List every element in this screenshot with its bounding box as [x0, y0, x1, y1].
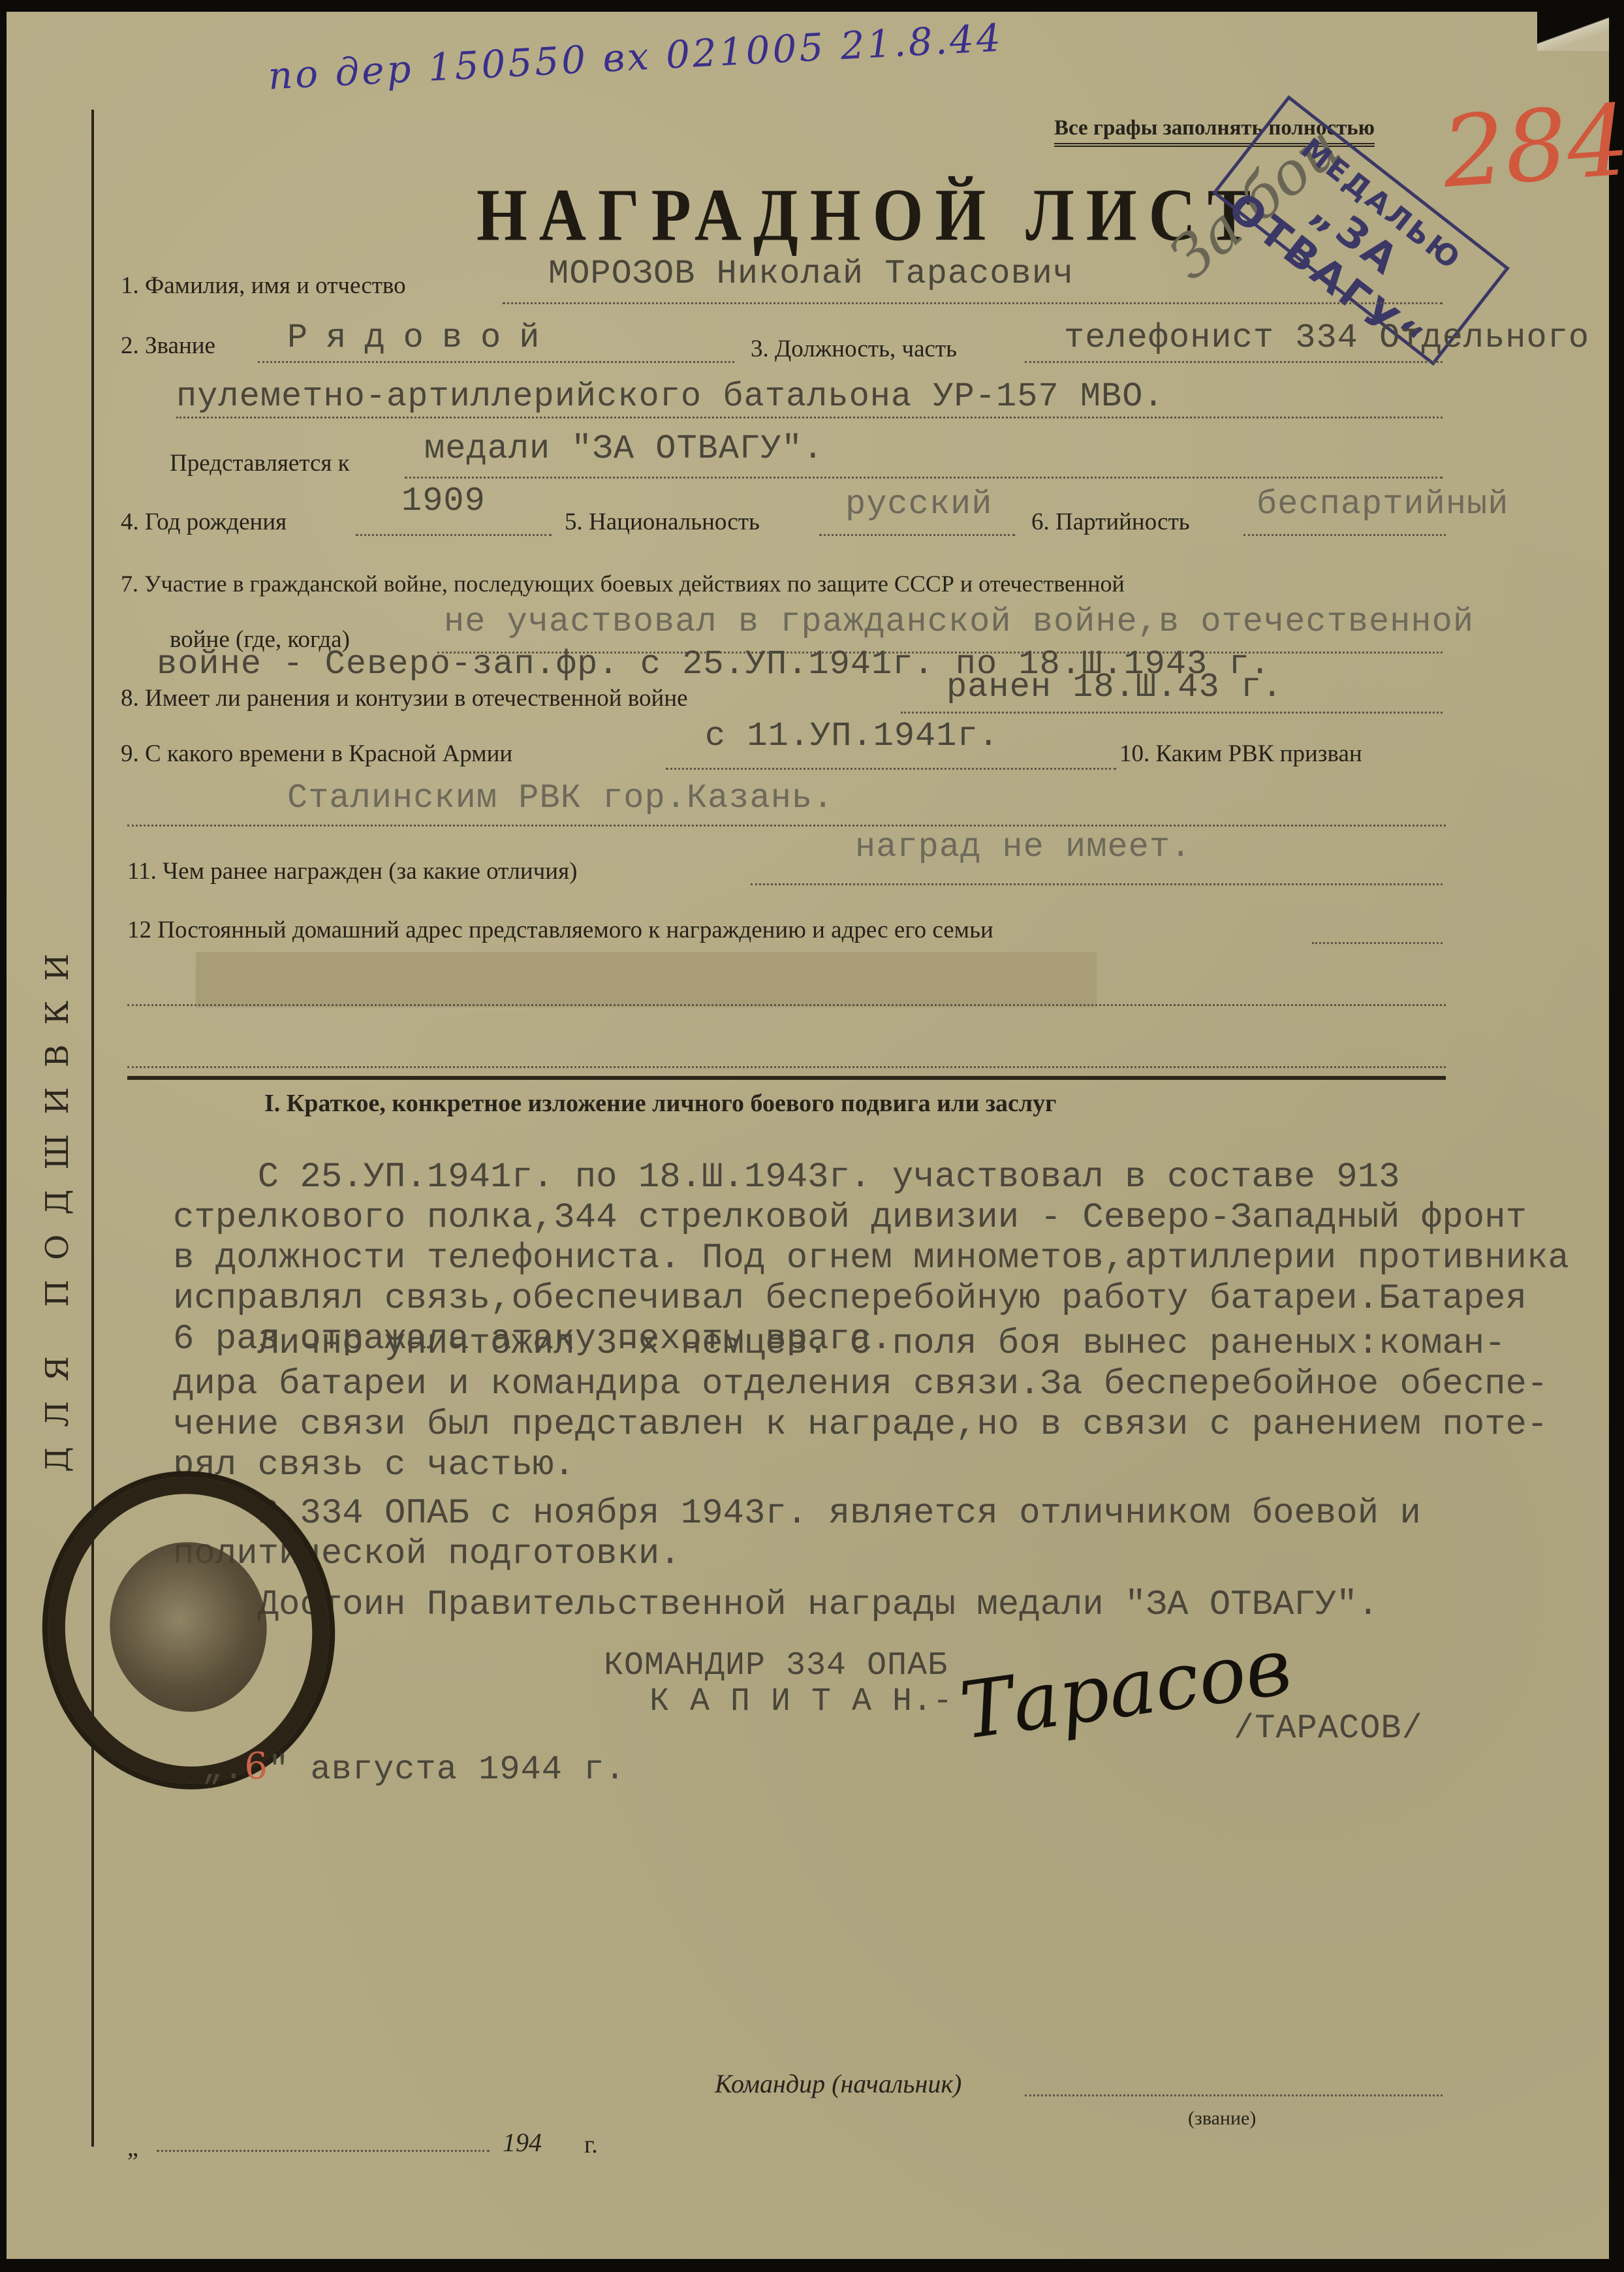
field-6-value: беспартийный	[1257, 485, 1508, 524]
section-divider	[127, 1076, 1446, 1080]
field-2-label: 2. Звание	[121, 332, 215, 360]
field-3-value-cont: пулеметно-артиллерийского батальона УР-1…	[176, 377, 1164, 416]
red-pencil-number: 284	[1439, 84, 1624, 210]
folded-corner	[1537, 12, 1609, 51]
field-4-label: 4. Год рождения	[121, 508, 287, 536]
rank-caption: (звание)	[1188, 2107, 1256, 2130]
page-title: НАГРАДНОЙ ЛИСТ	[476, 172, 1263, 258]
sheet-date: „.6" августа 1944 г.	[202, 1745, 626, 1789]
field-12-line	[1312, 942, 1443, 944]
field-11-label: 11. Чем ранее награжден (за какие отличи…	[127, 857, 577, 885]
field-9-label: 9. С какого времени в Красной Армии	[121, 740, 512, 768]
field-3-label: 3. Должность, часть	[751, 335, 957, 363]
field-11-line	[751, 883, 1443, 885]
binding-margin-label: ДЛЯ ПОДШИВКИ	[39, 867, 91, 1539]
footer-date-suffix: г.	[584, 2130, 598, 2159]
signatory-title: КОМАНДИР 334 ОПАБ	[604, 1647, 948, 1684]
field-10-value: Сталинским РВК гор.Казань.	[287, 779, 834, 817]
footer-date-year: 194	[503, 2127, 542, 2158]
field-9-value: с 11.УП.1941г.	[705, 717, 999, 755]
field-12-line-2	[127, 1004, 1446, 1006]
commander-line	[1025, 2094, 1443, 2096]
field-1-value: МОРОЗОВ Николай Тарасович	[548, 255, 1074, 293]
signatory-rank: К А П И Т А Н.-	[649, 1683, 953, 1720]
narrative-paragraph-3: В 334 ОПАБ с ноября 1943г. является отли…	[173, 1494, 1609, 1575]
field-5-line	[819, 534, 1015, 536]
field-7-value: не участвовал в гражданской войне,в отеч…	[444, 603, 1474, 641]
field-3-value: телефонист 334 Отдельного	[1064, 319, 1589, 357]
nominated-label: Представляется к	[170, 449, 350, 477]
field-10-label: 10. Каким РВК призван	[1119, 740, 1362, 768]
binding-margin-line	[91, 110, 94, 2147]
field-10-line	[127, 825, 1446, 827]
field-11-value: наград не имеет.	[855, 828, 1191, 866]
narrative-paragraph-4: Достоин Правительственной награды медали…	[173, 1585, 1609, 1626]
field-8-value: ранен 18.Ш.43 г.	[946, 668, 1283, 706]
footer-date-open: „	[127, 2134, 138, 2162]
field-12-label: 12 Постоянный домашний адрес представляе…	[127, 916, 993, 944]
narrative-paragraph-2: Лично уничтожил 3-х немцев. С поля боя в…	[173, 1324, 1609, 1486]
field-3-line	[1025, 361, 1443, 363]
field-4-value: 1909	[401, 482, 486, 520]
field-1-label: 1. Фамилия, имя и отчество	[121, 272, 406, 300]
signatory-name: /ТАРАСОВ/	[1234, 1709, 1423, 1748]
section-1-heading: I. Краткое, конкретное изложение личного…	[264, 1089, 1056, 1118]
field-6-line	[1243, 534, 1446, 536]
field-5-value: русский	[845, 485, 992, 524]
nominated-line	[405, 477, 1443, 479]
footer-date-line	[157, 2150, 490, 2152]
award-sheet-page: ДЛЯ ПОДШИВКИ по дер 150550 вх 021005 21.…	[7, 12, 1609, 2259]
field-1-line	[503, 302, 1443, 304]
nominated-value: медали "ЗА ОТВАГУ".	[424, 430, 824, 468]
commander-label: Командир (начальник)	[715, 2068, 961, 2099]
date-month-year: " августа 1944 г.	[268, 1750, 626, 1789]
redacted-address-block	[196, 952, 1097, 1007]
field-7-label: 7. Участие в гражданской войне, последую…	[121, 570, 1125, 597]
field-8-label: 8. Имеет ли ранения и контузии в отечест…	[121, 684, 688, 712]
field-8-line	[901, 712, 1443, 714]
field-6-label: 6. Партийность	[1031, 508, 1190, 536]
field-5-label: 5. Национальность	[565, 508, 760, 536]
field-3-line-2	[176, 417, 1443, 418]
field-4-line	[356, 534, 552, 536]
field-2-value: Рядовой	[287, 319, 557, 357]
field-2-line	[258, 361, 734, 363]
registry-handwritten-note: по дер 150550 вх 021005 21.8.44	[267, 16, 1004, 99]
seal-emblem	[102, 1534, 275, 1720]
date-day: 6	[244, 1745, 268, 1788]
field-9-line	[666, 768, 1116, 770]
field-12-line-3	[127, 1066, 1446, 1068]
